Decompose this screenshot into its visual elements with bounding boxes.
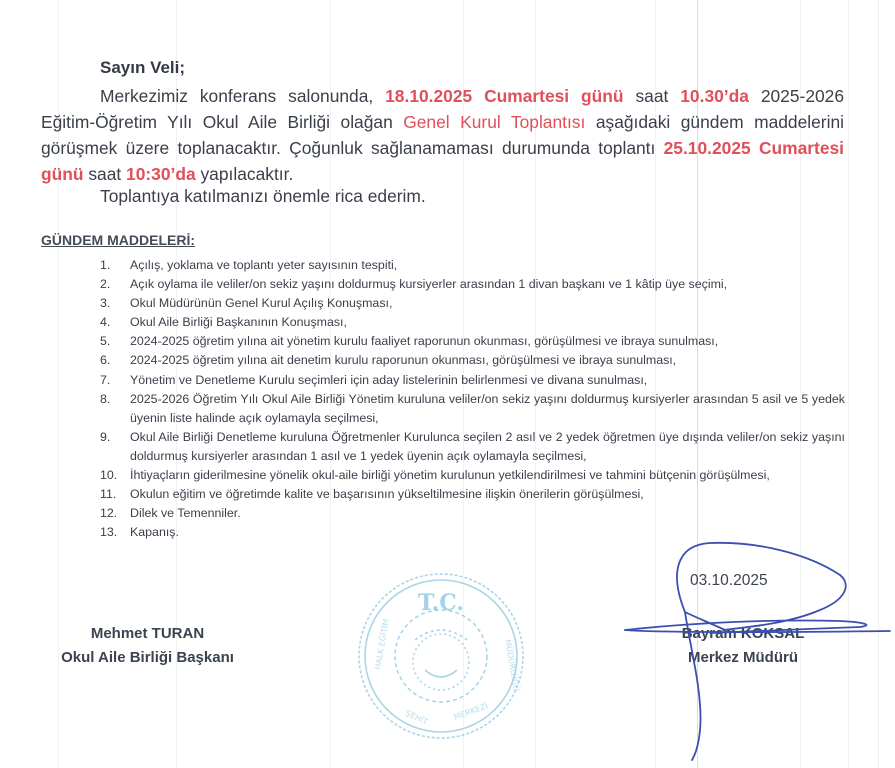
- closing-line: Toplantıya katılmanızı önemle rica ederi…: [100, 186, 426, 207]
- agenda-item: 3.Okul Müdürünün Genel Kurul Açılış Konu…: [100, 294, 845, 313]
- agenda-item-text: Dilek ve Temenniler.: [130, 504, 845, 523]
- agenda-item-text: 2024-2025 öğretim yılına ait denetim kur…: [130, 351, 845, 370]
- meeting-date: 18.10.2025 Cumartesi günü: [385, 86, 623, 106]
- agenda-item: 2.Açık oylama ile veliler/on sekiz yaşın…: [100, 275, 845, 294]
- agenda-item-number: 10.: [100, 466, 130, 485]
- agenda-item-number: 2.: [100, 275, 130, 294]
- agenda-item: 7.Yönetim ve Denetleme Kurulu seçimleri …: [100, 371, 845, 390]
- svg-text:HALK EĞİTİM: HALK EĞİTİM: [371, 618, 391, 671]
- meeting-name: Genel Kurul Toplantısı: [403, 112, 585, 132]
- agenda-list: 1.Açılış, yoklama ve toplantı yeter sayı…: [100, 256, 845, 542]
- agenda-item: 12.Dilek ve Temenniler.: [100, 504, 845, 523]
- meeting-time: 10.30’da: [680, 86, 749, 106]
- agenda-item: 6.2024-2025 öğretim yılına ait denetim k…: [100, 351, 845, 370]
- agenda-item: 10.İhtiyaçların giderilmesine yönelik ok…: [100, 466, 845, 485]
- agenda-item-text: Açık oylama ile veliler/on sekiz yaşını …: [130, 275, 845, 294]
- agenda-item-number: 7.: [100, 371, 130, 390]
- agenda-item: 13.Kapanış.: [100, 523, 845, 542]
- signer-right-title: Merkez Müdürü: [668, 646, 818, 670]
- signer-left-title: Okul Aile Birliği Başkanı: [40, 646, 255, 670]
- signer-left-name: Mehmet TURAN: [40, 622, 255, 646]
- agenda-item-number: 3.: [100, 294, 130, 313]
- greeting: Sayın Veli;: [100, 58, 185, 78]
- scan-artifact: [848, 0, 849, 768]
- intro-paragraph: Merkezimiz konferans salonunda, 18.10.20…: [41, 83, 844, 187]
- agenda-item-text: Yönetim ve Denetleme Kurulu seçimleri iç…: [130, 371, 845, 390]
- agenda-item-number: 4.: [100, 313, 130, 332]
- intro-text: Merkezimiz konferans salonunda,: [100, 86, 385, 106]
- agenda-item-text: 2025-2026 Öğretim Yılı Okul Aile Birliği…: [130, 390, 845, 428]
- agenda-item: 11.Okulun eğitim ve öğretimde kalite ve …: [100, 485, 845, 504]
- agenda-item: 4.Okul Aile Birliği Başkanının Konuşması…: [100, 313, 845, 332]
- agenda-item-text: 2024-2025 öğretim yılına ait yönetim kur…: [130, 332, 845, 351]
- document-page: Sayın Veli; Merkezimiz konferans salonun…: [0, 0, 895, 768]
- agenda-item: 8.2025-2026 Öğretim Yılı Okul Aile Birli…: [100, 390, 845, 428]
- agenda-item-number: 11.: [100, 485, 130, 504]
- agenda-item-number: 6.: [100, 351, 130, 370]
- agenda-item-text: Kapanış.: [130, 523, 845, 542]
- agenda-item-text: Okul Aile Birliği Denetleme kuruluna Öğr…: [130, 428, 845, 466]
- intro-text: saat: [624, 86, 681, 106]
- agenda-item-number: 13.: [100, 523, 130, 542]
- signer-right: Bayram KÖKSAL Merkez Müdürü: [668, 622, 818, 670]
- agenda-item-text: Açılış, yoklama ve toplantı yeter sayısı…: [130, 256, 845, 275]
- agenda-title: GÜNDEM MADDELERİ:: [41, 232, 195, 248]
- agenda-item-number: 8.: [100, 390, 130, 409]
- agenda-item: 5.2024-2025 öğretim yılına ait yönetim k…: [100, 332, 845, 351]
- agenda-item-number: 9.: [100, 428, 130, 447]
- agenda-item-number: 12.: [100, 504, 130, 523]
- agenda-item-text: Okul Müdürünün Genel Kurul Açılış Konuşm…: [130, 294, 845, 313]
- agenda-item: 1.Açılış, yoklama ve toplantı yeter sayı…: [100, 256, 845, 275]
- fallback-time: 10:30’da: [126, 164, 196, 184]
- svg-text:MÜDÜRLÜĞÜ: MÜDÜRLÜĞÜ: [503, 638, 523, 692]
- agenda-item-text: Okul Aile Birliği Başkanının Konuşması,: [130, 313, 845, 332]
- intro-text: yapılacaktır.: [196, 164, 294, 184]
- signer-right-name: Bayram KÖKSAL: [668, 622, 818, 646]
- agenda-item: 9.Okul Aile Birliği Denetleme kuruluna Ö…: [100, 428, 845, 466]
- agenda-item-number: 5.: [100, 332, 130, 351]
- intro-text: saat: [84, 164, 127, 184]
- agenda-item-text: İhtiyaçların giderilmesine yönelik okul-…: [130, 466, 845, 485]
- official-stamp: T.C. ŞEHİT MERKEZİ HALK EĞİTİM MÜDÜRLÜĞÜ: [355, 570, 527, 742]
- signer-left: Mehmet TURAN Okul Aile Birliği Başkanı: [40, 622, 255, 670]
- agenda-item-text: Okulun eğitim ve öğretimde kalite ve baş…: [130, 485, 845, 504]
- agenda-item-number: 1.: [100, 256, 130, 275]
- stamp-text: T.C.: [418, 590, 464, 616]
- letter-date: 03.10.2025: [690, 572, 768, 590]
- scan-artifact: [878, 0, 879, 768]
